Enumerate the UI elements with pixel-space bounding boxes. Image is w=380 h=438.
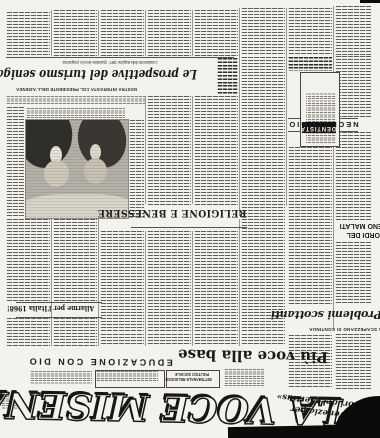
text-column-texture bbox=[335, 334, 371, 390]
section-rule bbox=[16, 302, 102, 303]
banner-info-texture bbox=[96, 371, 158, 382]
banner-line2: POLITICO SOCIALE bbox=[172, 372, 212, 377]
text-column-texture bbox=[194, 10, 238, 56]
kicker-problemi-scottanti: A SCAPEZZANO SI CONTINUA bbox=[298, 327, 380, 332]
text-column-texture bbox=[26, 108, 125, 118]
headline-allarme-italia: Allarme per l'Italia 1968! bbox=[24, 304, 95, 313]
text-column-texture bbox=[241, 334, 285, 346]
ricordi-line2: TRENO MALATI bbox=[330, 221, 380, 230]
main-article-kicker: NOSTRA INTERVISTA COL PRESIDENTE DELL'AZ… bbox=[29, 87, 137, 92]
text-column-texture bbox=[194, 96, 238, 205]
main-article-subhead: L'andamento della stagione 1967 - Questi… bbox=[67, 60, 158, 65]
column-rule bbox=[239, 219, 240, 346]
banner-settimanale-box: SETTIMANALE RELIGIOSO POLITICO SOCIALE bbox=[166, 370, 220, 388]
column-rule bbox=[239, 8, 240, 216]
headline-necrologio: NECROLOGIO bbox=[287, 120, 359, 129]
text-column-texture bbox=[53, 318, 97, 346]
text-column-texture bbox=[53, 219, 97, 301]
column-rule bbox=[51, 10, 52, 56]
text-column-texture bbox=[288, 147, 332, 305]
column-rule bbox=[98, 219, 99, 346]
headline-ricordi-treno-malati: RICORDI DEL TRENO MALATI bbox=[330, 221, 380, 239]
text-column-texture bbox=[30, 371, 92, 384]
column-rule bbox=[192, 96, 193, 204]
text-column-texture bbox=[6, 12, 50, 56]
photo-grain bbox=[26, 120, 128, 218]
text-column-texture bbox=[194, 231, 238, 332]
section-rule bbox=[6, 57, 234, 58]
text-column-texture bbox=[335, 242, 371, 304]
ad-dentista-topline-texture bbox=[306, 136, 336, 143]
column-rule bbox=[145, 231, 146, 346]
text-column-texture bbox=[217, 58, 238, 95]
column-rule bbox=[192, 10, 193, 56]
main-article-headline: Le prospettive del turismo senigalliese bbox=[23, 66, 197, 81]
text-column-texture bbox=[100, 10, 144, 56]
column-rule bbox=[192, 231, 193, 346]
text-column-texture bbox=[288, 57, 332, 71]
text-column-texture bbox=[100, 231, 144, 332]
text-column-texture bbox=[241, 8, 285, 56]
text-column-texture bbox=[53, 10, 97, 56]
text-column-texture bbox=[241, 57, 285, 217]
interview-photo bbox=[25, 119, 129, 219]
column-rule bbox=[145, 10, 146, 56]
text-column-texture bbox=[335, 56, 371, 118]
text-column-texture bbox=[147, 96, 191, 205]
section-rule bbox=[131, 227, 247, 228]
column-rule bbox=[98, 10, 99, 56]
ricordi-line1: RICORDI DEL bbox=[330, 230, 380, 239]
text-column-texture bbox=[6, 107, 24, 217]
column-rule bbox=[286, 8, 287, 206]
text-column-texture bbox=[335, 6, 371, 55]
text-column-texture bbox=[6, 96, 145, 105]
section-rule bbox=[16, 317, 102, 318]
scan-edge-top-right bbox=[360, 0, 380, 3]
headline-educazione-con-dio: EDUCAZIONE CON DIO bbox=[16, 356, 184, 367]
column-rule bbox=[145, 96, 146, 204]
text-column-texture bbox=[147, 231, 191, 332]
banner-line1: SETTIMANALE RELIGIOSO bbox=[172, 377, 212, 382]
text-column-texture bbox=[224, 369, 264, 386]
column-rule bbox=[333, 6, 334, 330]
text-column-texture bbox=[6, 318, 50, 346]
headline-religione-benessere: RELIGIONE E BENESSERE bbox=[121, 207, 246, 218]
headline-piu-voce: Più voce alla base bbox=[171, 346, 335, 367]
newspaper-page-scan: DENTISTA L'andamento della stagione 1967… bbox=[0, 0, 380, 438]
column-rule bbox=[51, 219, 52, 346]
headline-problemi-scottanti: Problemi scottanti bbox=[292, 308, 380, 321]
ad-dentista-box: DENTISTA bbox=[300, 72, 340, 147]
text-column-texture bbox=[288, 8, 332, 55]
text-column-texture bbox=[194, 334, 238, 346]
text-column-texture bbox=[129, 120, 144, 217]
text-column-texture bbox=[100, 334, 144, 346]
text-column-texture bbox=[335, 132, 371, 220]
text-column-texture bbox=[147, 10, 191, 56]
text-column-texture bbox=[6, 219, 50, 301]
text-column-texture bbox=[147, 334, 191, 346]
